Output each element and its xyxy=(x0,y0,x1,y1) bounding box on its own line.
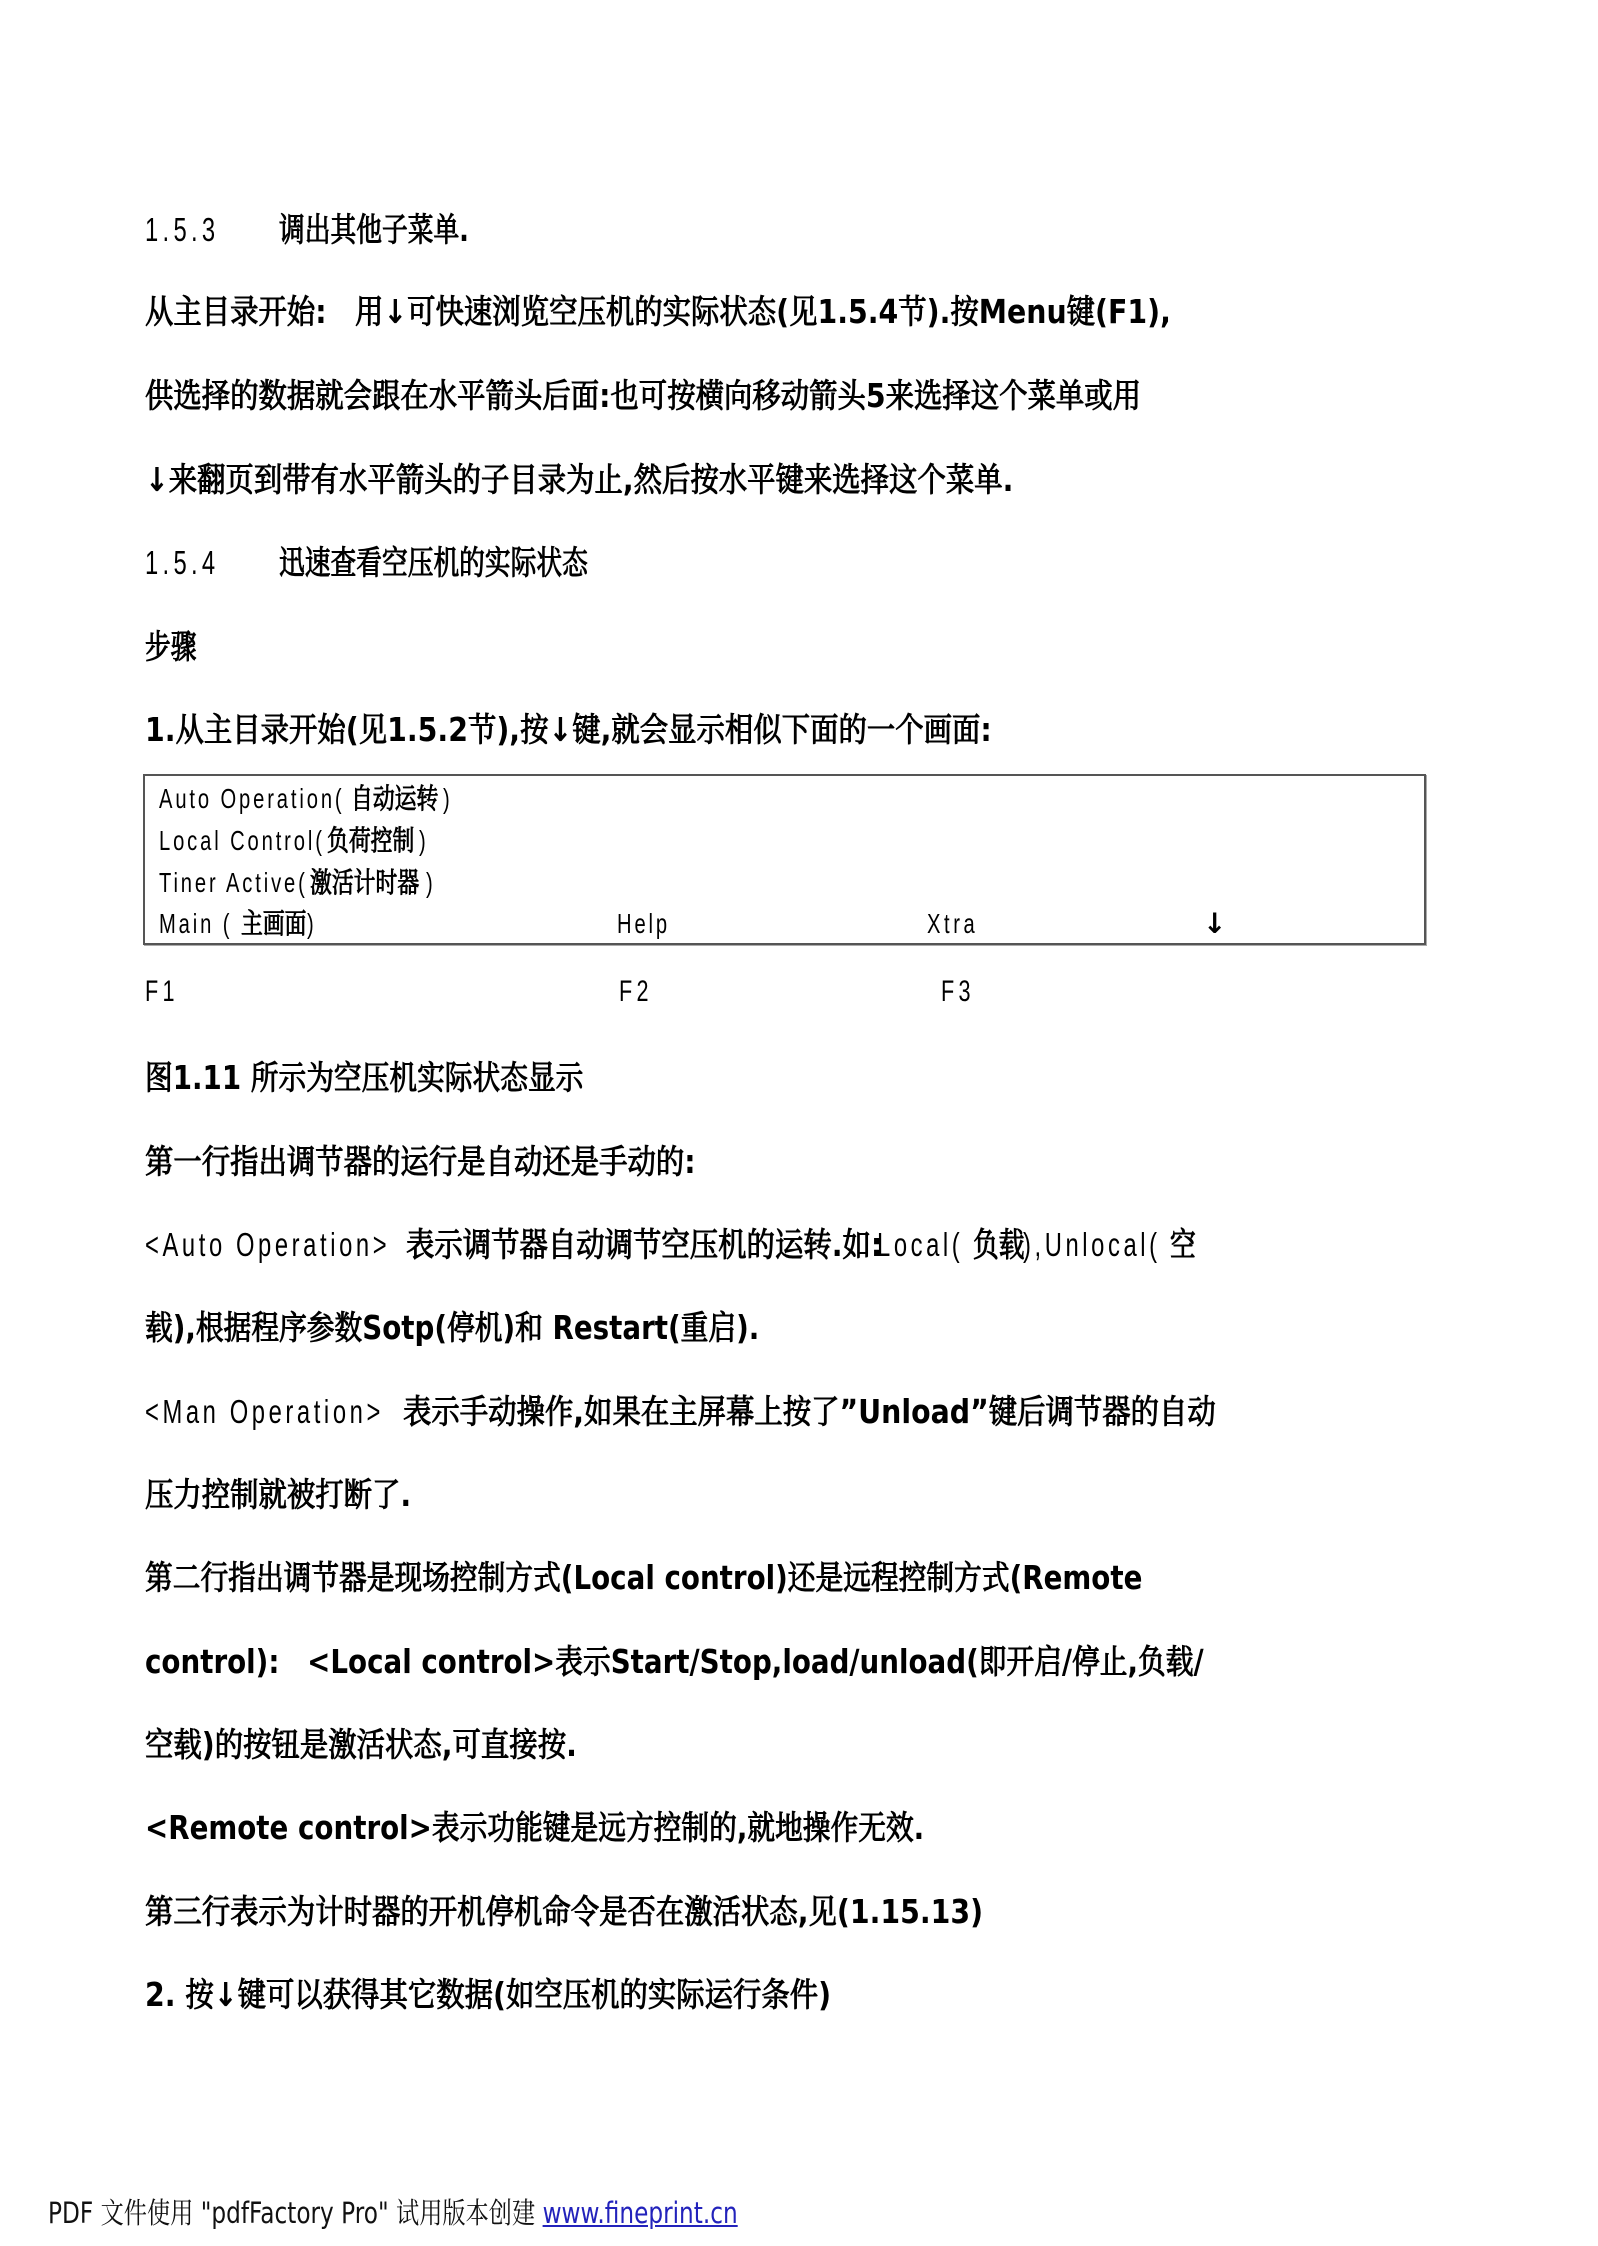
softkey-help[interactable]: Help xyxy=(617,907,670,941)
section-heading-1-5-4: 1.5.4 迅速查看空压机的实际状态 xyxy=(145,543,675,583)
figure-caption: 图1.11 所示为空压机实际状态显示 xyxy=(145,1058,667,1098)
auto-operation-desc-cont: 载),根据程序参数Sotp(停机)和 Restart(重启). xyxy=(145,1308,876,1348)
step-1: 1.从主目录开始(见1.5.2节),按↓键,就会显示相似下面的一个画面: xyxy=(145,710,1130,750)
first-row-description: 第一行指出调节器的运行是自动还是手动的: xyxy=(145,1142,785,1182)
second-row-desc-cont: control): <Local control>表示Start/Stop,lo… xyxy=(145,1642,1405,1682)
section-number: 1.5.3 xyxy=(145,210,219,250)
softkey-xtra[interactable]: Xtra xyxy=(927,907,978,941)
man-operation-desc: <Man Operation>表示手动操作,如果在主屏幕上按了”Unload”键… xyxy=(145,1392,1348,1432)
softkey-main[interactable]: Main (主画面) xyxy=(159,907,322,941)
function-key-f3[interactable]: F3 xyxy=(941,975,975,1009)
section-number: 1.5.4 xyxy=(145,543,219,583)
function-key-f2[interactable]: F2 xyxy=(619,975,653,1009)
remote-control-desc: <Remote control>表示功能键是远方控制的,就地操作无效. xyxy=(145,1808,1073,1848)
step-2: 2. 按↓键可以获得其它数据(如空压机的实际运行条件) xyxy=(145,1975,943,2015)
section-title: 迅速查看空压机的实际状态 xyxy=(279,543,588,583)
steps-heading: 步骤 xyxy=(145,627,211,667)
screen-row-timer-active: Tiner Active(激活计时器) xyxy=(159,866,441,900)
controller-display-screen: Auto Operation(自动运转) Local Control(负荷控制)… xyxy=(143,774,1426,945)
man-operation-desc-cont: 压力控制就被打断了. xyxy=(145,1475,455,1515)
auto-operation-desc: <Auto Operation>表示调节器自动调节空压机的运转.如:Local(… xyxy=(145,1225,1203,1265)
footer-text: PDF 文件使用 "pdfFactory Pro" 试用版本创建 xyxy=(48,2196,543,2230)
screen-softkey-row: Main (主画面) Help Xtra ↓ xyxy=(159,907,1409,941)
paragraph-line: 从主目录开始: 用↓可快速浏览空压机的实际状态(见1.5.4节).按Menu键(… xyxy=(145,292,1338,332)
second-row-desc: 第二行指出调节器是现场控制方式(Local control)还是远程控制方式(R… xyxy=(145,1558,1332,1598)
screen-row-local-control: Local Control(负荷控制) xyxy=(159,824,435,858)
fineprint-link[interactable]: www.fineprint.cn xyxy=(543,2196,738,2230)
function-key-f1[interactable]: F1 xyxy=(145,975,179,1009)
section-heading-1-5-3: 1.5.3 调出其他子菜单. xyxy=(145,210,523,250)
paragraph-line: ↓来翻页到带有水平箭头的子目录为止,然后按水平键来选择这个菜单. xyxy=(145,460,1155,500)
scroll-down-arrow-icon: ↓ xyxy=(1203,907,1226,941)
paragraph-line: 供选择的数据就会跟在水平箭头后面:也可按横向移动箭头5来选择这个菜单或用 xyxy=(145,376,1303,416)
pdf-footer: PDF 文件使用 "pdfFactory Pro" 试用版本创建 www.fin… xyxy=(48,2196,910,2230)
section-title: 调出其他子菜单. xyxy=(279,210,469,250)
second-row-desc-cont-2: 空载)的按钮是激活状态,可直接按. xyxy=(145,1725,647,1765)
third-row-desc: 第三行表示为计时器的开机停机命令是否在激活状态,见(1.15.13) xyxy=(145,1892,1120,1932)
screen-row-auto-operation: Auto Operation(自动运转) xyxy=(159,782,458,816)
